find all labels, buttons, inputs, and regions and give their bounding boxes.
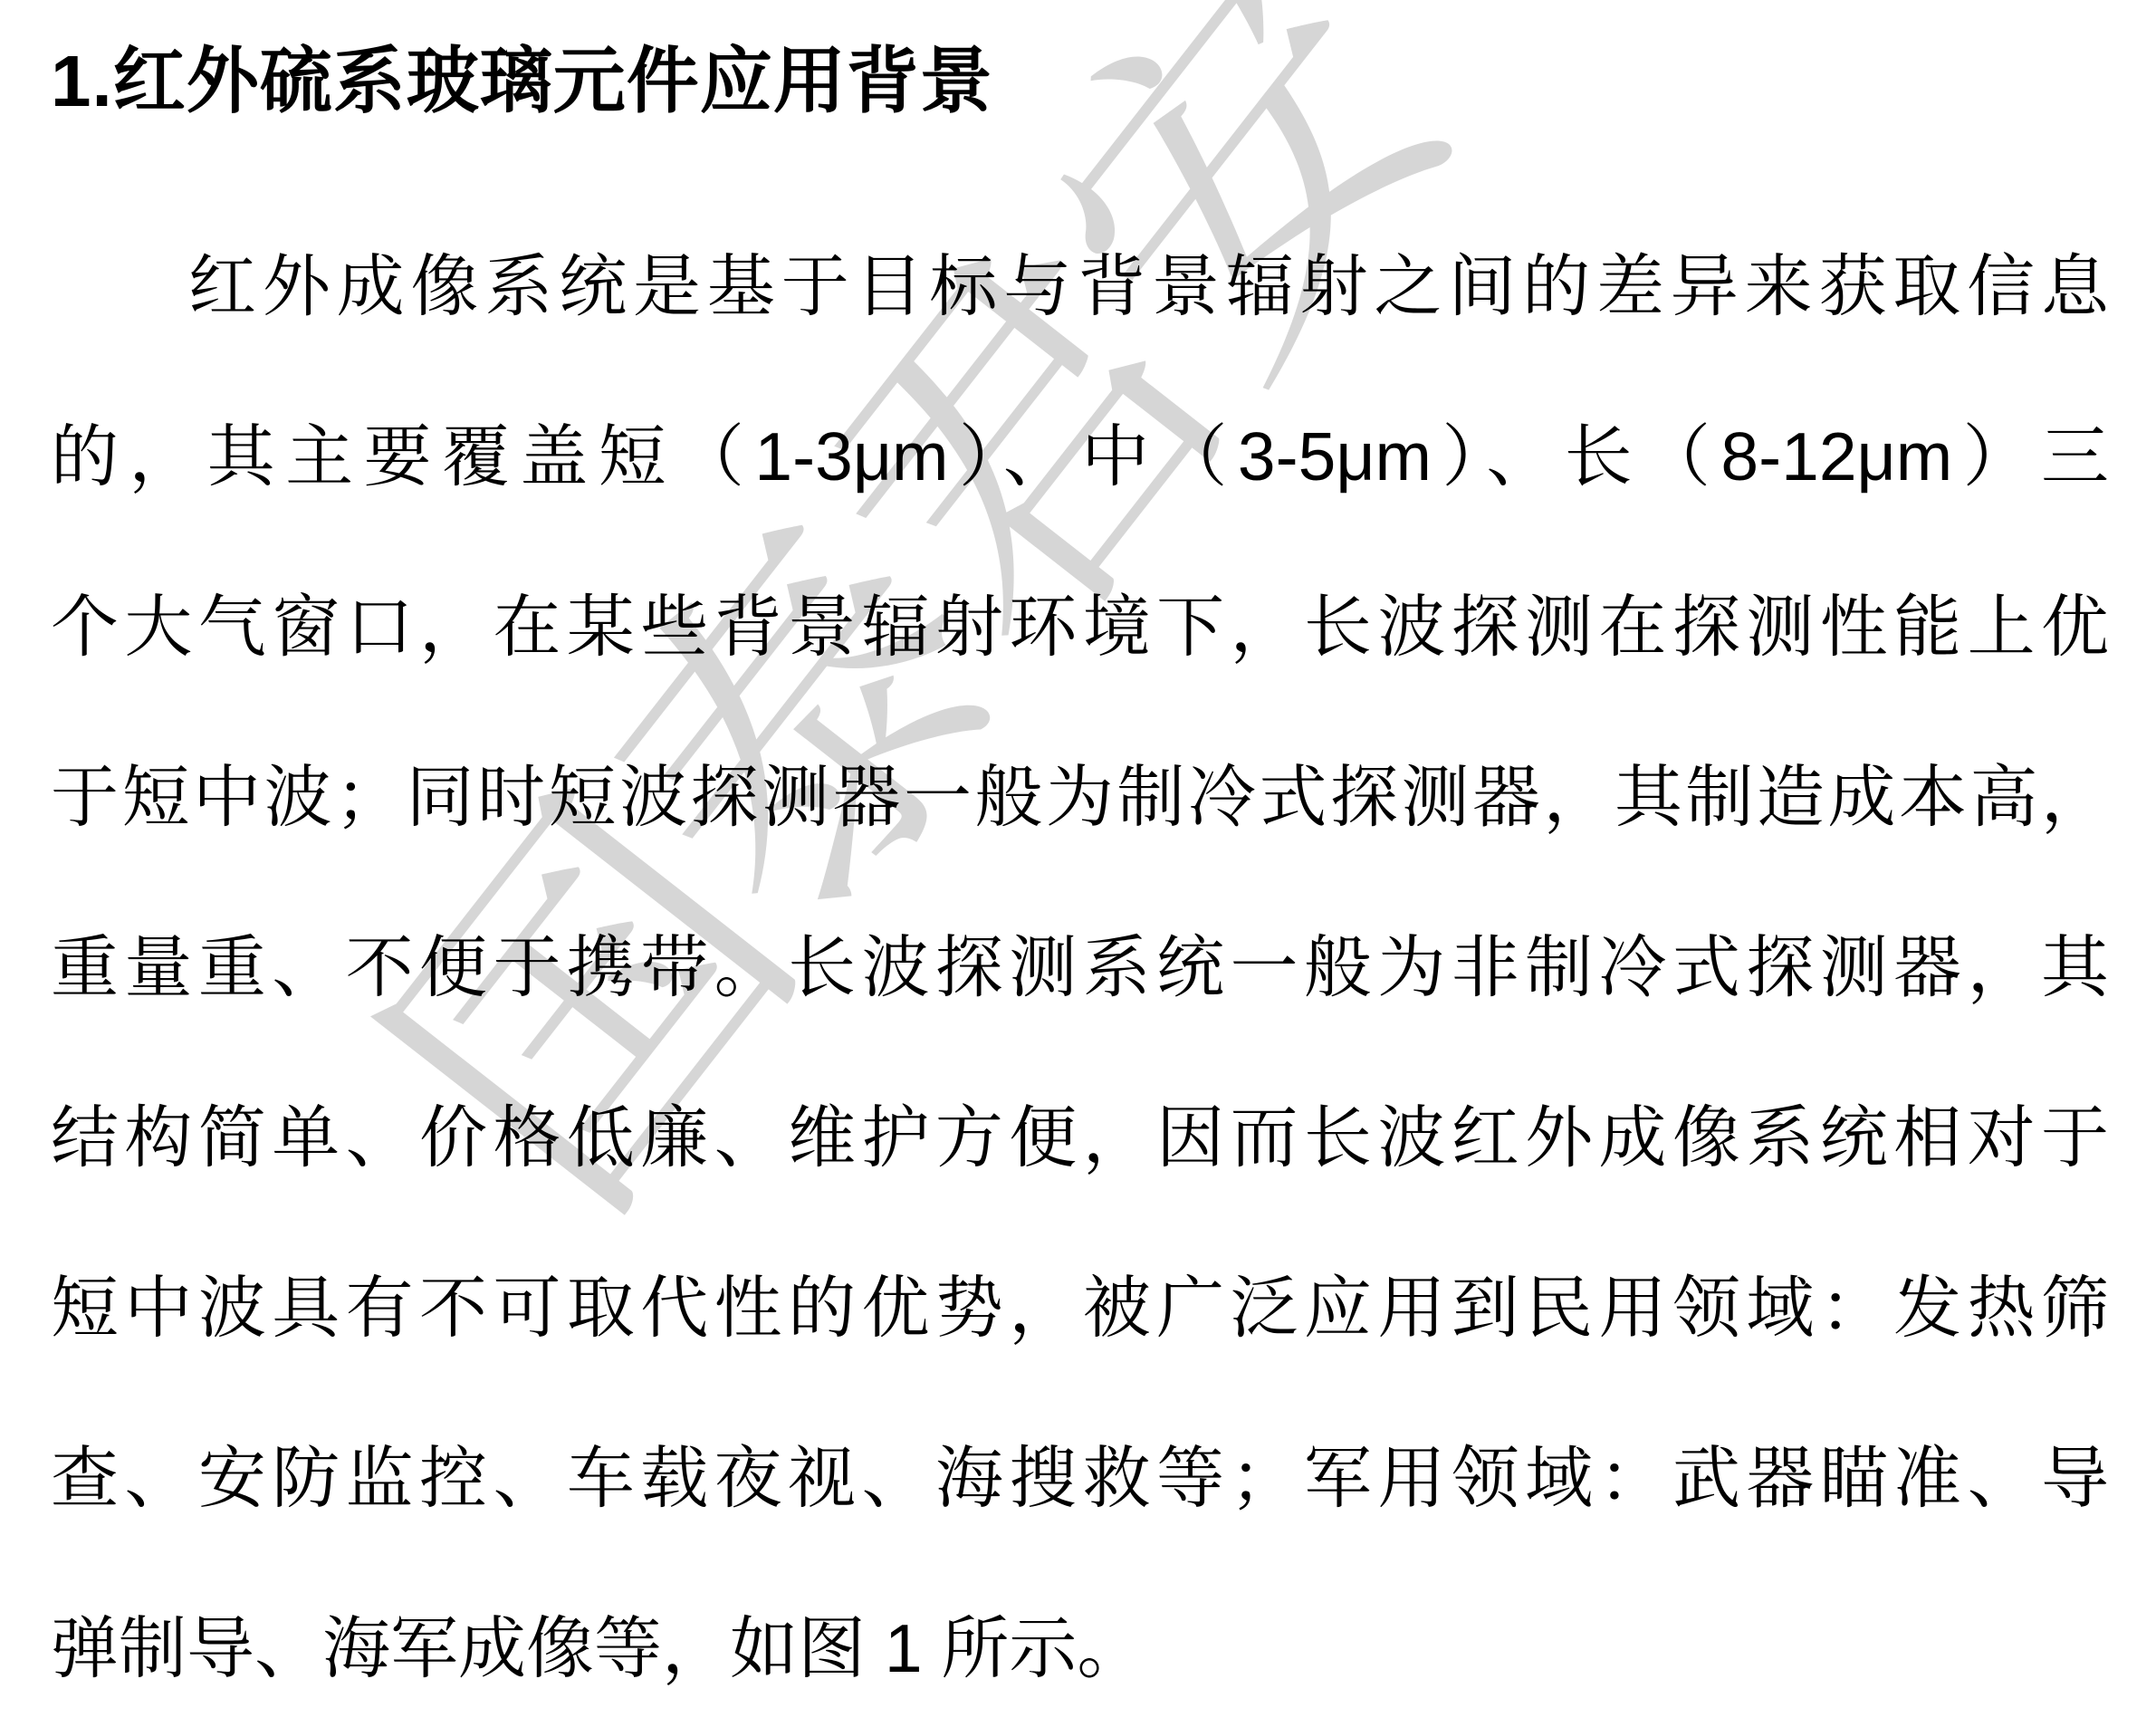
paragraph-line: 于短中波；同时短波探测器一般为制冷式探测器，其制造成本高， <box>51 712 2109 882</box>
body-paragraph: 红外成像系统是基于目标与背景辐射之间的差异来获取信息 的，其主要覆盖短（1-3μ… <box>51 201 2109 1727</box>
paragraph-line: 弹制导、海军成像等，如图 1 所示。 <box>51 1563 2109 1727</box>
document-page: 1.红外硫系玻璃元件应用背景 红外成像系统是基于目标与背景辐射之间的差异来获取信… <box>0 0 2156 1727</box>
paragraph-line: 红外成像系统是基于目标与背景辐射之间的差异来获取信息 <box>51 201 2109 371</box>
paragraph-line: 短中波具有不可取代性的优势，被广泛应用到民用领域：发热筛 <box>51 1223 2109 1393</box>
paragraph-line: 个大气窗口，在某些背景辐射环境下，长波探测在探测性能上优 <box>51 542 2109 712</box>
paragraph-line: 结构简单、价格低廉、维护方便，因而长波红外成像系统相对于 <box>51 1052 2109 1223</box>
paragraph-line: 的，其主要覆盖短（1-3μm）、中（3-5μm）、长（8-12μm）三 <box>51 371 2109 542</box>
paragraph-line: 查、安防监控、车载夜视、海搜救等；军用领域：武器瞄准、导 <box>51 1393 2109 1563</box>
paragraph-line: 重量重、不便于携带。长波探测系统一般为非制冷式探测器，其 <box>51 882 2109 1052</box>
section-title: 1.红外硫系玻璃元件应用背景 <box>51 33 2109 130</box>
